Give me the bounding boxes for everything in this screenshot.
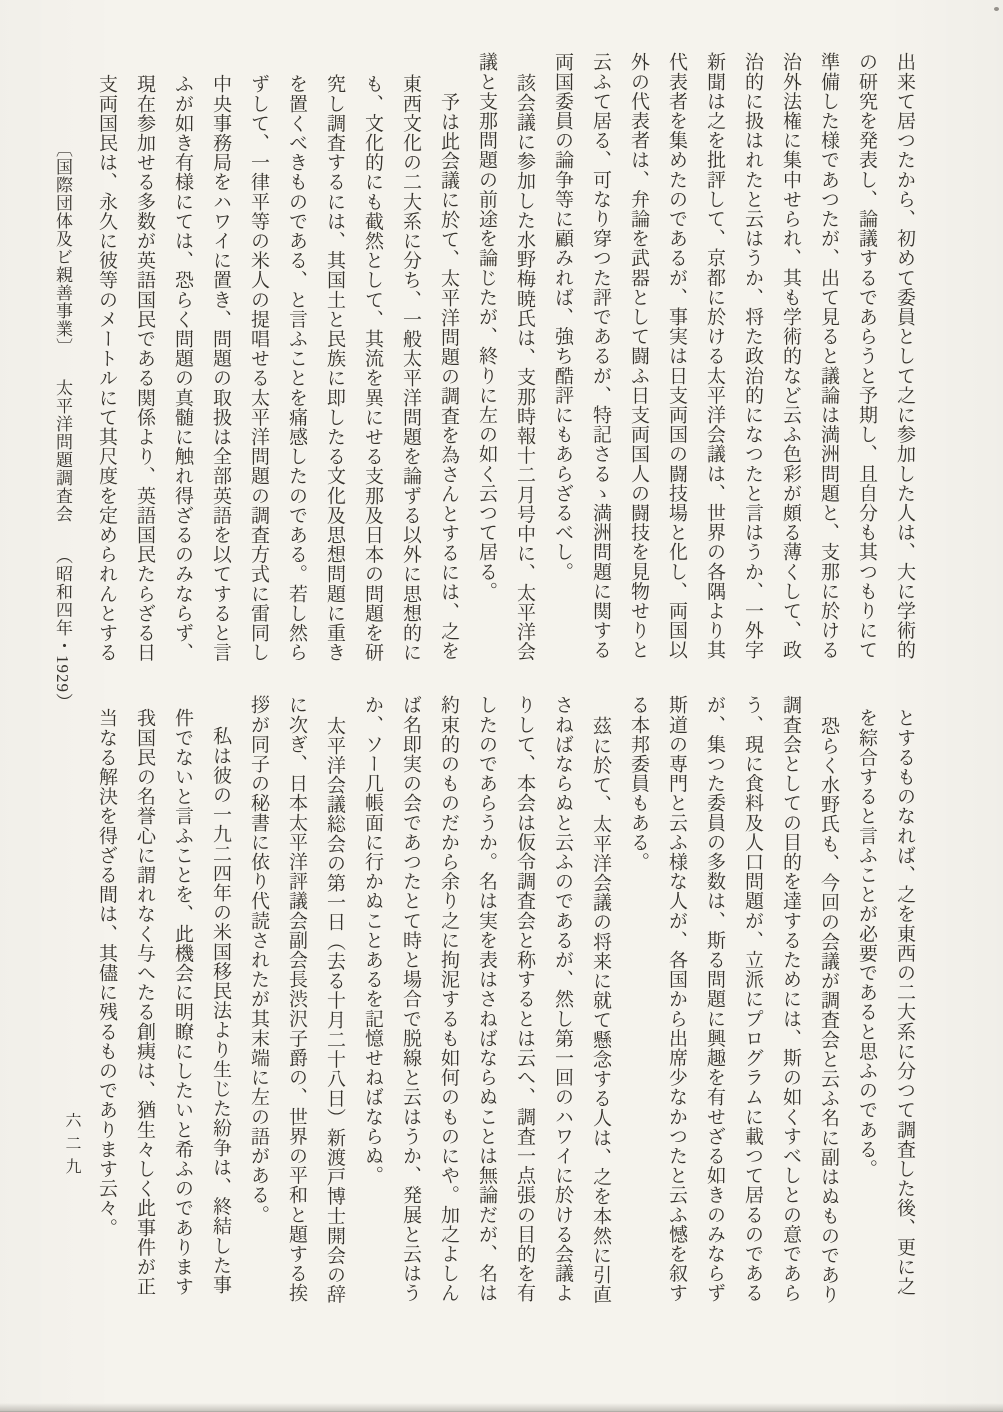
scan-artifact-speck — [994, 7, 999, 11]
body-paragraph-continuation: 出来て居つたから、初めて委員として之に参加した人は、大に学術的の研究を発表し、論… — [543, 52, 923, 664]
document-date-label: （昭和四年・1929） — [53, 547, 72, 711]
body-paragraph-future-concern: 茲に於て、太平洋会議の将来に就て懸念する人は、之を本然に引直さねばならぬと云ふの… — [353, 695, 619, 1307]
lower-text-block: とするものなれば、之を東西の二大系に分つて調査した後、更に之を綜合すると言ふこと… — [87, 695, 923, 1307]
body-paragraph-mizuno-intro: 該会議に参加した水野梅暁氏は、支那時報十二月号中に、太平洋会議と支那問題の前途を… — [467, 52, 543, 664]
quote-paragraph-mizuno: 予は此会議に於て、太平洋問題の調査を為さんとするには、之を東西文化の二大系に分ち… — [87, 52, 467, 664]
running-title: 〔国際団体及ビ親善事業〕 太平洋問題調査会 （昭和四年・1929） — [50, 140, 74, 760]
body-paragraph-opening-session: 太平洋会議総会の第一日（去る十月二十八日）新渡戸博士開会の辞に次ぎ、日本太平洋評… — [239, 695, 353, 1307]
scanned-document-page: 出来て居つたから、初めて委員として之に参加した人は、大に学術的の研究を発表し、論… — [0, 0, 1003, 1412]
collection-label: 〔国際団体及ビ親善事業〕 — [53, 140, 72, 356]
quote-paragraph-shibusawa: 私は彼の一九二四年の米国移民法より生じた紛争は、終結した事件でないと言ふことを、… — [87, 695, 239, 1307]
document-title: 太平洋問題調査会 — [53, 379, 72, 523]
quote-paragraph-mizuno-continuation: とするものなれば、之を東西の二大系に分つて調査した後、更に之を綜合すると言ふこと… — [847, 695, 923, 1307]
page-number: 六二九 — [52, 1112, 90, 1181]
body-paragraph-commentary: 恐らく水野氏も、今回の会議が調査会と云ふ名に副はぬものであり調査会としての目的を… — [619, 695, 847, 1307]
scan-edge-shadow — [0, 1403, 1003, 1412]
upper-text-block: 出来て居つたから、初めて委員として之に参加した人は、大に学術的の研究を発表し、論… — [87, 52, 923, 664]
